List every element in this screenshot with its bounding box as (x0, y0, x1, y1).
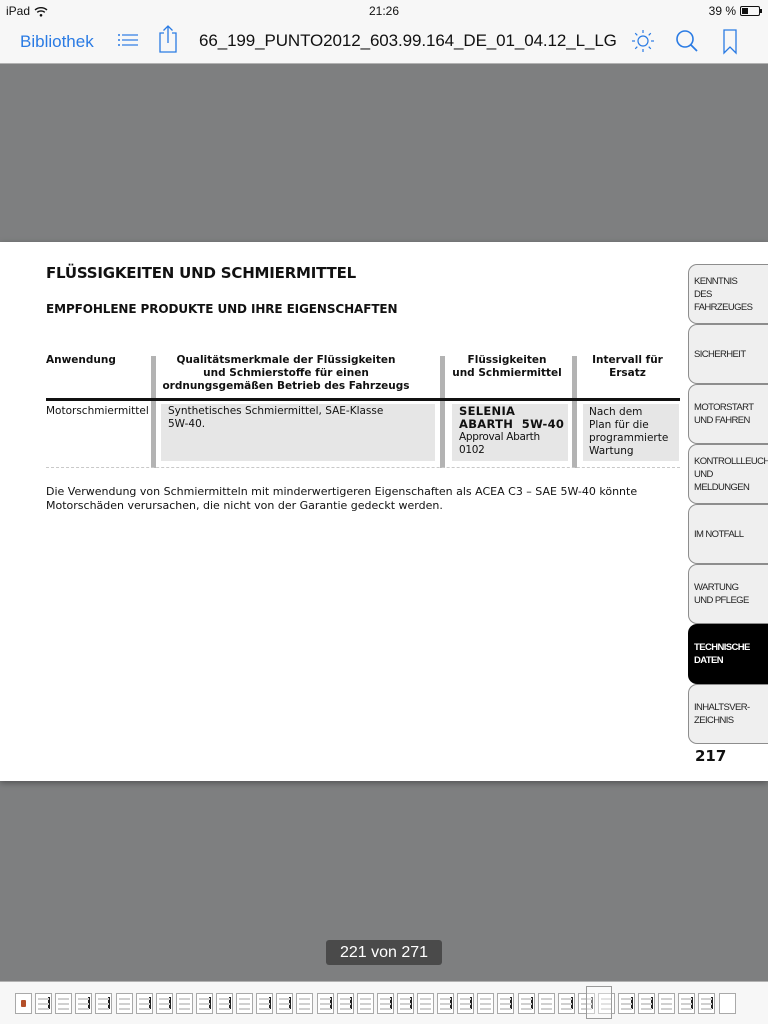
product-name-line: ABARTH 5W-40 (459, 418, 561, 431)
column-header-application: Anwendung (46, 354, 116, 367)
page-thumbnail[interactable] (357, 993, 374, 1014)
document-title: 66_199_PUNTO2012_603.99.164_DE_01_04.12_… (199, 31, 617, 51)
top-bar: iPad 21:26 39 % Bibliothek 66_199_PUNTO2… (0, 0, 768, 64)
page-thumbnail[interactable] (417, 993, 434, 1014)
chapter-tab-label: UND MELDUNGEN (694, 468, 768, 494)
page-indicator: 221 von 271 (326, 940, 442, 965)
chapter-tab-label: UND PFLEGE (694, 594, 768, 607)
chapter-tab-label: MOTORSTART (694, 401, 768, 414)
page-thumbnail[interactable] (558, 993, 575, 1014)
cell-application: Motorschmiermittel (46, 405, 149, 418)
page-thumbnail[interactable] (276, 993, 293, 1014)
page-thumbnail[interactable] (678, 993, 695, 1014)
battery-icon (740, 6, 760, 16)
page-number: 217 (695, 747, 726, 765)
page-thumbnail[interactable] (296, 993, 313, 1014)
cell-line: Nach dem (589, 406, 673, 419)
chapter-tab-label: DES FAHRZEUGES (694, 288, 768, 314)
navigation-bar: Bibliothek 66_199_PUNTO2012_603.99.164_D… (0, 22, 768, 64)
library-button[interactable]: Bibliothek (20, 32, 94, 52)
cell-line: Plan für die (589, 419, 673, 432)
page-thumbnail[interactable] (457, 993, 474, 1014)
chapter-tab-label: DATEN (694, 654, 768, 667)
section-title: FLÜSSIGKEITEN UND SCHMIERMITTEL (46, 264, 356, 282)
page-thumbnail[interactable] (116, 993, 133, 1014)
current-page-marker[interactable] (586, 986, 612, 1019)
chapter-tab-label: TECHNISCHE (694, 641, 768, 654)
header-line: Intervall für (580, 354, 675, 367)
page-thumbnail[interactable] (538, 993, 555, 1014)
row-rule (46, 467, 680, 468)
column-header-products: Flüssigkeiten und Schmiermittel (450, 354, 564, 380)
page-thumbnail[interactable] (15, 993, 32, 1014)
page-thumbnail[interactable] (698, 993, 715, 1014)
header-line: ordnungsgemäßen Betrieb des Fahrzeugs (162, 380, 410, 393)
header-rule (46, 398, 680, 401)
chapter-tab-inhaltsver-zeichnis[interactable]: INHALTSVER-ZEICHNIS (688, 684, 768, 744)
chapter-tab-label: WARTUNG (694, 581, 768, 594)
chapter-tab-motorstart-und-fahren[interactable]: MOTORSTARTUND FAHREN (688, 384, 768, 444)
battery-fill (742, 8, 748, 14)
header-line: Qualitätsmerkmale der Flüssigkeiten (162, 354, 410, 367)
column-divider (440, 356, 445, 468)
cell-line: programmierte (589, 432, 673, 445)
page-thumbnail[interactable] (497, 993, 514, 1014)
page-thumbnail[interactable] (95, 993, 112, 1014)
header-line: Flüssigkeiten (450, 354, 564, 367)
column-header-interval: Intervall für Ersatz (580, 354, 675, 380)
cell-line: 5W-40. (168, 418, 428, 431)
column-header-quality: Qualitätsmerkmale der Flüssigkeiten und … (162, 354, 410, 393)
page-thumbnail[interactable] (377, 993, 394, 1014)
column-divider (572, 356, 577, 468)
column-divider (151, 356, 156, 468)
page-thumbnail[interactable] (719, 993, 736, 1014)
brightness-icon[interactable] (630, 28, 658, 56)
thumbnail-scrubber[interactable] (0, 981, 768, 1024)
search-icon[interactable] (674, 28, 702, 56)
page-thumbnail[interactable] (75, 993, 92, 1014)
cell-interval: Nach dem Plan für die programmierte Wart… (583, 404, 679, 461)
battery-percent: 39 % (709, 4, 736, 18)
page-thumbnail[interactable] (176, 993, 193, 1014)
page-thumbnail[interactable] (216, 993, 233, 1014)
list-icon[interactable] (116, 28, 144, 56)
chapter-tab-im-notfall[interactable]: IM NOTFALL (688, 504, 768, 564)
page-thumbnail[interactable] (317, 993, 334, 1014)
clock: 21:26 (0, 4, 768, 18)
share-icon[interactable] (156, 24, 184, 52)
cell-line: Synthetisches Schmiermittel, SAE-Klasse (168, 405, 428, 418)
page-thumbnail[interactable] (397, 993, 414, 1014)
page-thumbnail[interactable] (477, 993, 494, 1014)
header-line: Ersatz (580, 367, 675, 380)
page-thumbnail[interactable] (156, 993, 173, 1014)
chapter-tab-wartung-und-pflege[interactable]: WARTUNGUND PFLEGE (688, 564, 768, 624)
chapter-tab-sicherheit[interactable]: SICHERHEIT (688, 324, 768, 384)
page-thumbnail[interactable] (136, 993, 153, 1014)
chapter-tab-label: SICHERHEIT (694, 348, 768, 361)
header-line: und Schmierstoffe für einen (162, 367, 410, 380)
warning-note: Die Verwendung von Schmiermitteln mit mi… (46, 485, 676, 513)
chapter-tab-kenntnis-des-fahrzeuges[interactable]: KENNTNISDES FAHRZEUGES (688, 264, 768, 324)
cell-quality: Synthetisches Schmiermittel, SAE-Klasse … (161, 404, 435, 461)
status-bar: iPad 21:26 39 % (0, 0, 768, 22)
chapter-tab-technische-daten[interactable]: TECHNISCHEDATEN (688, 624, 768, 684)
page-thumbnail[interactable] (55, 993, 72, 1014)
pdf-page: FLÜSSIGKEITEN UND SCHMIERMITTEL EMPFOHLE… (0, 242, 768, 781)
page-thumbnail[interactable] (337, 993, 354, 1014)
cell-product: SELENIA ABARTH 5W-40 Approval Abarth 010… (452, 404, 568, 461)
chapter-tab-label: ZEICHNIS (694, 714, 768, 727)
page-thumbnail[interactable] (618, 993, 635, 1014)
section-subtitle: EMPFOHLENE PRODUKTE UND IHRE EIGENSCHAFT… (46, 302, 397, 316)
page-thumbnail[interactable] (518, 993, 535, 1014)
page-thumbnail[interactable] (196, 993, 213, 1014)
page-thumbnail[interactable] (236, 993, 253, 1014)
bookmark-icon[interactable] (720, 28, 748, 56)
chapter-tab-label: IM NOTFALL (694, 528, 768, 541)
page-thumbnail[interactable] (658, 993, 675, 1014)
chapter-tab-label: KENNTNIS (694, 275, 768, 288)
chapter-tab-label: UND FAHREN (694, 414, 768, 427)
header-line: und Schmiermittel (450, 367, 564, 380)
page-thumbnail[interactable] (638, 993, 655, 1014)
page-thumbnail[interactable] (256, 993, 273, 1014)
page-thumbnail[interactable] (437, 993, 454, 1014)
page-thumbnail[interactable] (35, 993, 52, 1014)
chapter-tab-label: KONTROLLLEUCHTEN (694, 455, 768, 468)
chapter-tab-label: INHALTSVER- (694, 701, 768, 714)
chapter-tab-kontrollleuchten-und-meldungen[interactable]: KONTROLLLEUCHTENUND MELDUNGEN (688, 444, 768, 504)
cell-line: Wartung (589, 445, 673, 458)
product-approval: Approval Abarth 0102 (459, 431, 561, 457)
